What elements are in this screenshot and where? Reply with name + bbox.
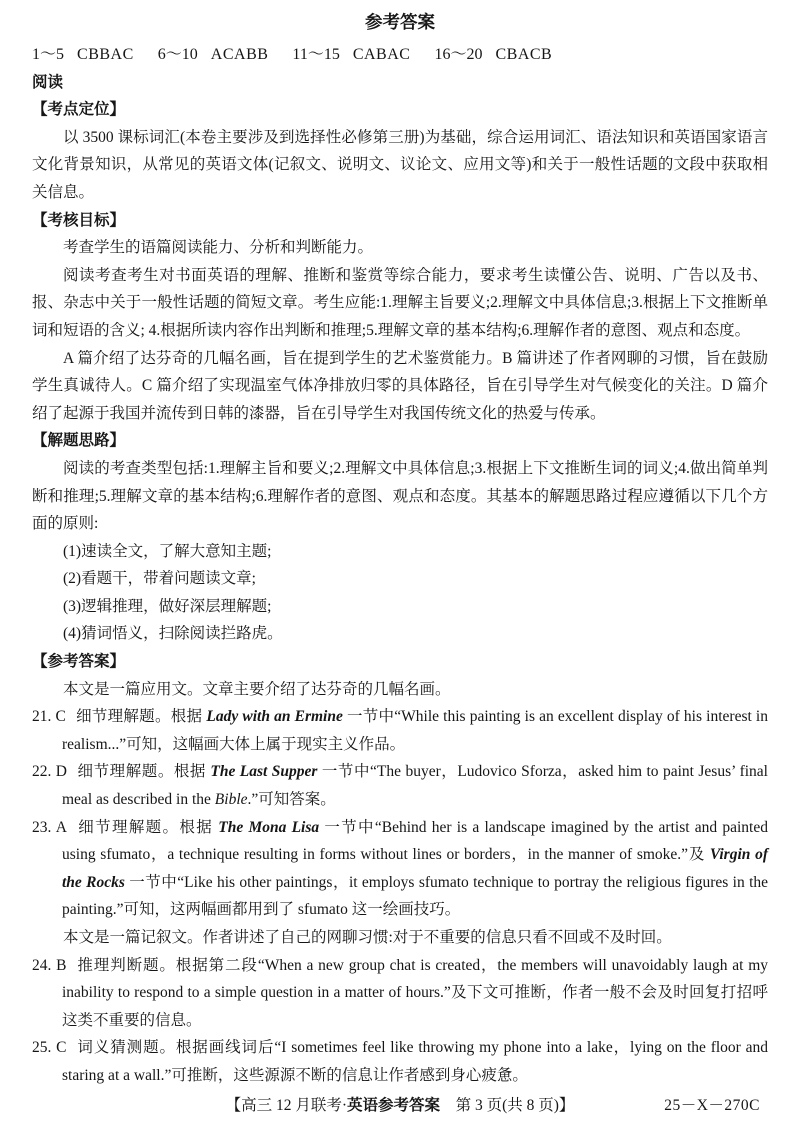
document-body: 阅读【考点定位】以 3500 课标词汇(本卷主要涉及到选择性必修第三册)为基础，… xyxy=(32,69,768,1090)
answer-letters: CABAC xyxy=(353,46,411,63)
text-segment: (1)速读全文，了解大意知主题; xyxy=(63,543,271,560)
paragraph: (1)速读全文，了解大意知主题; xyxy=(32,538,768,566)
item-number: 22. D xyxy=(32,763,67,780)
paragraph: 阅读的考查类型包括:1.理解主旨和要义;2.理解文中具体信息;3.根据上下文推断… xyxy=(32,455,768,538)
answer-range: 1～5 xyxy=(32,46,64,63)
paragraph: 以 3500 课标词汇(本卷主要涉及到选择性必修第三册)为基础，综合运用词汇、语… xyxy=(32,124,768,207)
answer-key-group: 1～5CBBAC xyxy=(32,46,134,63)
paragraph: A 篇介绍了达芬奇的几幅名画，旨在提到学生的艺术鉴赏能力。B 篇讲述了作者网聊的… xyxy=(32,345,768,428)
answer-key-group: 16～20CBACB xyxy=(434,46,552,63)
paragraph: 考查学生的语篇阅读能力、分析和判断能力。 xyxy=(32,234,768,262)
text-segment: (3)逻辑推理，做好深层理解题; xyxy=(63,598,271,615)
answer-key-group: 11～15CABAC xyxy=(292,46,410,63)
bracket-heading: 【考点定位】 xyxy=(32,96,768,124)
text-segment: Bible xyxy=(215,791,248,808)
text-segment: 本文是一篇应用文。文章主要介绍了达芬奇的几幅名画。 xyxy=(63,681,451,698)
paragraph: (2)看题干，带着问题读文章; xyxy=(32,565,768,593)
document-content: 参考答案 1～5CBBAC6～10ACABB11～15CABAC16～20CBA… xyxy=(0,0,800,1090)
paragraph: (4)猜词悟义，扫除阅读拦路虎。 xyxy=(32,620,768,648)
text-segment: A 篇介绍了达芬奇的几幅名画，旨在提到学生的艺术鉴赏能力。B 篇讲述了作者网聊的… xyxy=(32,350,768,422)
footer-segment: 【高三 12 月联考 xyxy=(226,1097,342,1114)
bracket-heading: 【考核目标】 xyxy=(32,207,768,235)
answer-item: 25. C词义猜测题。根据画线词后“I sometimes feel like … xyxy=(32,1034,768,1089)
paragraph: 本文是一篇应用文。文章主要介绍了达芬奇的几幅名画。 xyxy=(32,676,768,704)
answer-range: 6～10 xyxy=(158,46,198,63)
text-segment: 细节理解题。根据 xyxy=(76,708,207,725)
item-number: 25. C xyxy=(32,1039,67,1056)
answer-letters: CBACB xyxy=(495,46,552,63)
answer-range: 16～20 xyxy=(434,46,482,63)
answer-item: 24. B推理判断题。根据第二段“When a new group chat i… xyxy=(32,952,768,1035)
answer-item: 22. D细节理解题。根据 The Last Supper 一节中“The bu… xyxy=(32,758,768,813)
text-segment: 阅读考查考生对书面英语的理解、推断和鉴赏等综合能力，要求考生读懂公告、说明、广告… xyxy=(32,267,768,339)
item-number: 24. B xyxy=(32,957,67,974)
answer-range: 11～15 xyxy=(292,46,339,63)
text-segment: Lady with an Ermine xyxy=(206,708,342,725)
page-title: 参考答案 xyxy=(32,9,768,35)
text-segment: .”可知答案。 xyxy=(248,791,336,808)
footer-segment: 第 3 页(共 8 页)】 xyxy=(440,1097,574,1114)
text-segment: 考查学生的语篇阅读能力、分析和判断能力。 xyxy=(63,239,373,256)
section-heading: 阅读 xyxy=(32,69,768,97)
bracket-heading: 【解题思路】 xyxy=(32,427,768,455)
text-segment: 细节理解题。根据 xyxy=(77,819,218,836)
paragraph: (3)逻辑推理，做好深层理解题; xyxy=(32,593,768,621)
answer-key-group: 6～10ACABB xyxy=(158,46,269,63)
page-footer: 【高三 12 月联考·英语参考答案 第 3 页(共 8 页)】 25－X－270… xyxy=(0,1094,800,1118)
text-segment: 本文是一篇记叙文。作者讲述了自己的网聊习惯:对于不重要的信息只看不回或不及时回。 xyxy=(63,929,672,946)
answer-item: 23. A细节理解题。根据 The Mona Lisa 一节中“Behind h… xyxy=(32,814,768,924)
text-segment: 推理判断题。根据第二段“When a new group chat is cre… xyxy=(62,957,768,1029)
item-number: 23. A xyxy=(32,819,67,836)
text-segment: The Last Supper xyxy=(210,763,317,780)
paper-code: 25－X－270C xyxy=(664,1094,760,1118)
answer-key-line: 1～5CBBAC6～10ACABB11～15CABAC16～20CBACB xyxy=(32,41,768,69)
paragraph: 阅读考查考生对书面英语的理解、推断和鉴赏等综合能力，要求考生读懂公告、说明、广告… xyxy=(32,262,768,345)
footer-segment: 英语参考答案 xyxy=(347,1097,440,1114)
text-segment: 词义猜测题。根据画线词后“I sometimes feel like throw… xyxy=(62,1039,768,1084)
answer-key-page: 参考答案 1～5CBBAC6～10ACABB11～15CABAC16～20CBA… xyxy=(0,0,800,1131)
item-number: 21. C xyxy=(32,708,66,725)
text-segment: 一节中“Like his other paintings，it employs … xyxy=(62,874,768,919)
paragraph: 本文是一篇记叙文。作者讲述了自己的网聊习惯:对于不重要的信息只看不回或不及时回。 xyxy=(32,924,768,952)
answer-item: 21. C细节理解题。根据 Lady with an Ermine 一节中“Wh… xyxy=(32,703,768,758)
text-segment: (4)猜词悟义，扫除阅读拦路虎。 xyxy=(63,625,283,642)
answer-letters: CBBAC xyxy=(77,46,134,63)
text-segment: The Mona Lisa xyxy=(218,819,319,836)
text-segment: 阅读的考查类型包括:1.理解主旨和要义;2.理解文中具体信息;3.根据上下文推断… xyxy=(32,460,768,532)
bracket-heading: 【参考答案】 xyxy=(32,648,768,676)
text-segment: 细节理解题。根据 xyxy=(77,763,210,780)
answer-letters: ACABB xyxy=(211,46,269,63)
text-segment: 以 3500 课标词汇(本卷主要涉及到选择性必修第三册)为基础，综合运用词汇、语… xyxy=(32,129,768,201)
text-segment: (2)看题干，带着问题读文章; xyxy=(63,570,256,587)
